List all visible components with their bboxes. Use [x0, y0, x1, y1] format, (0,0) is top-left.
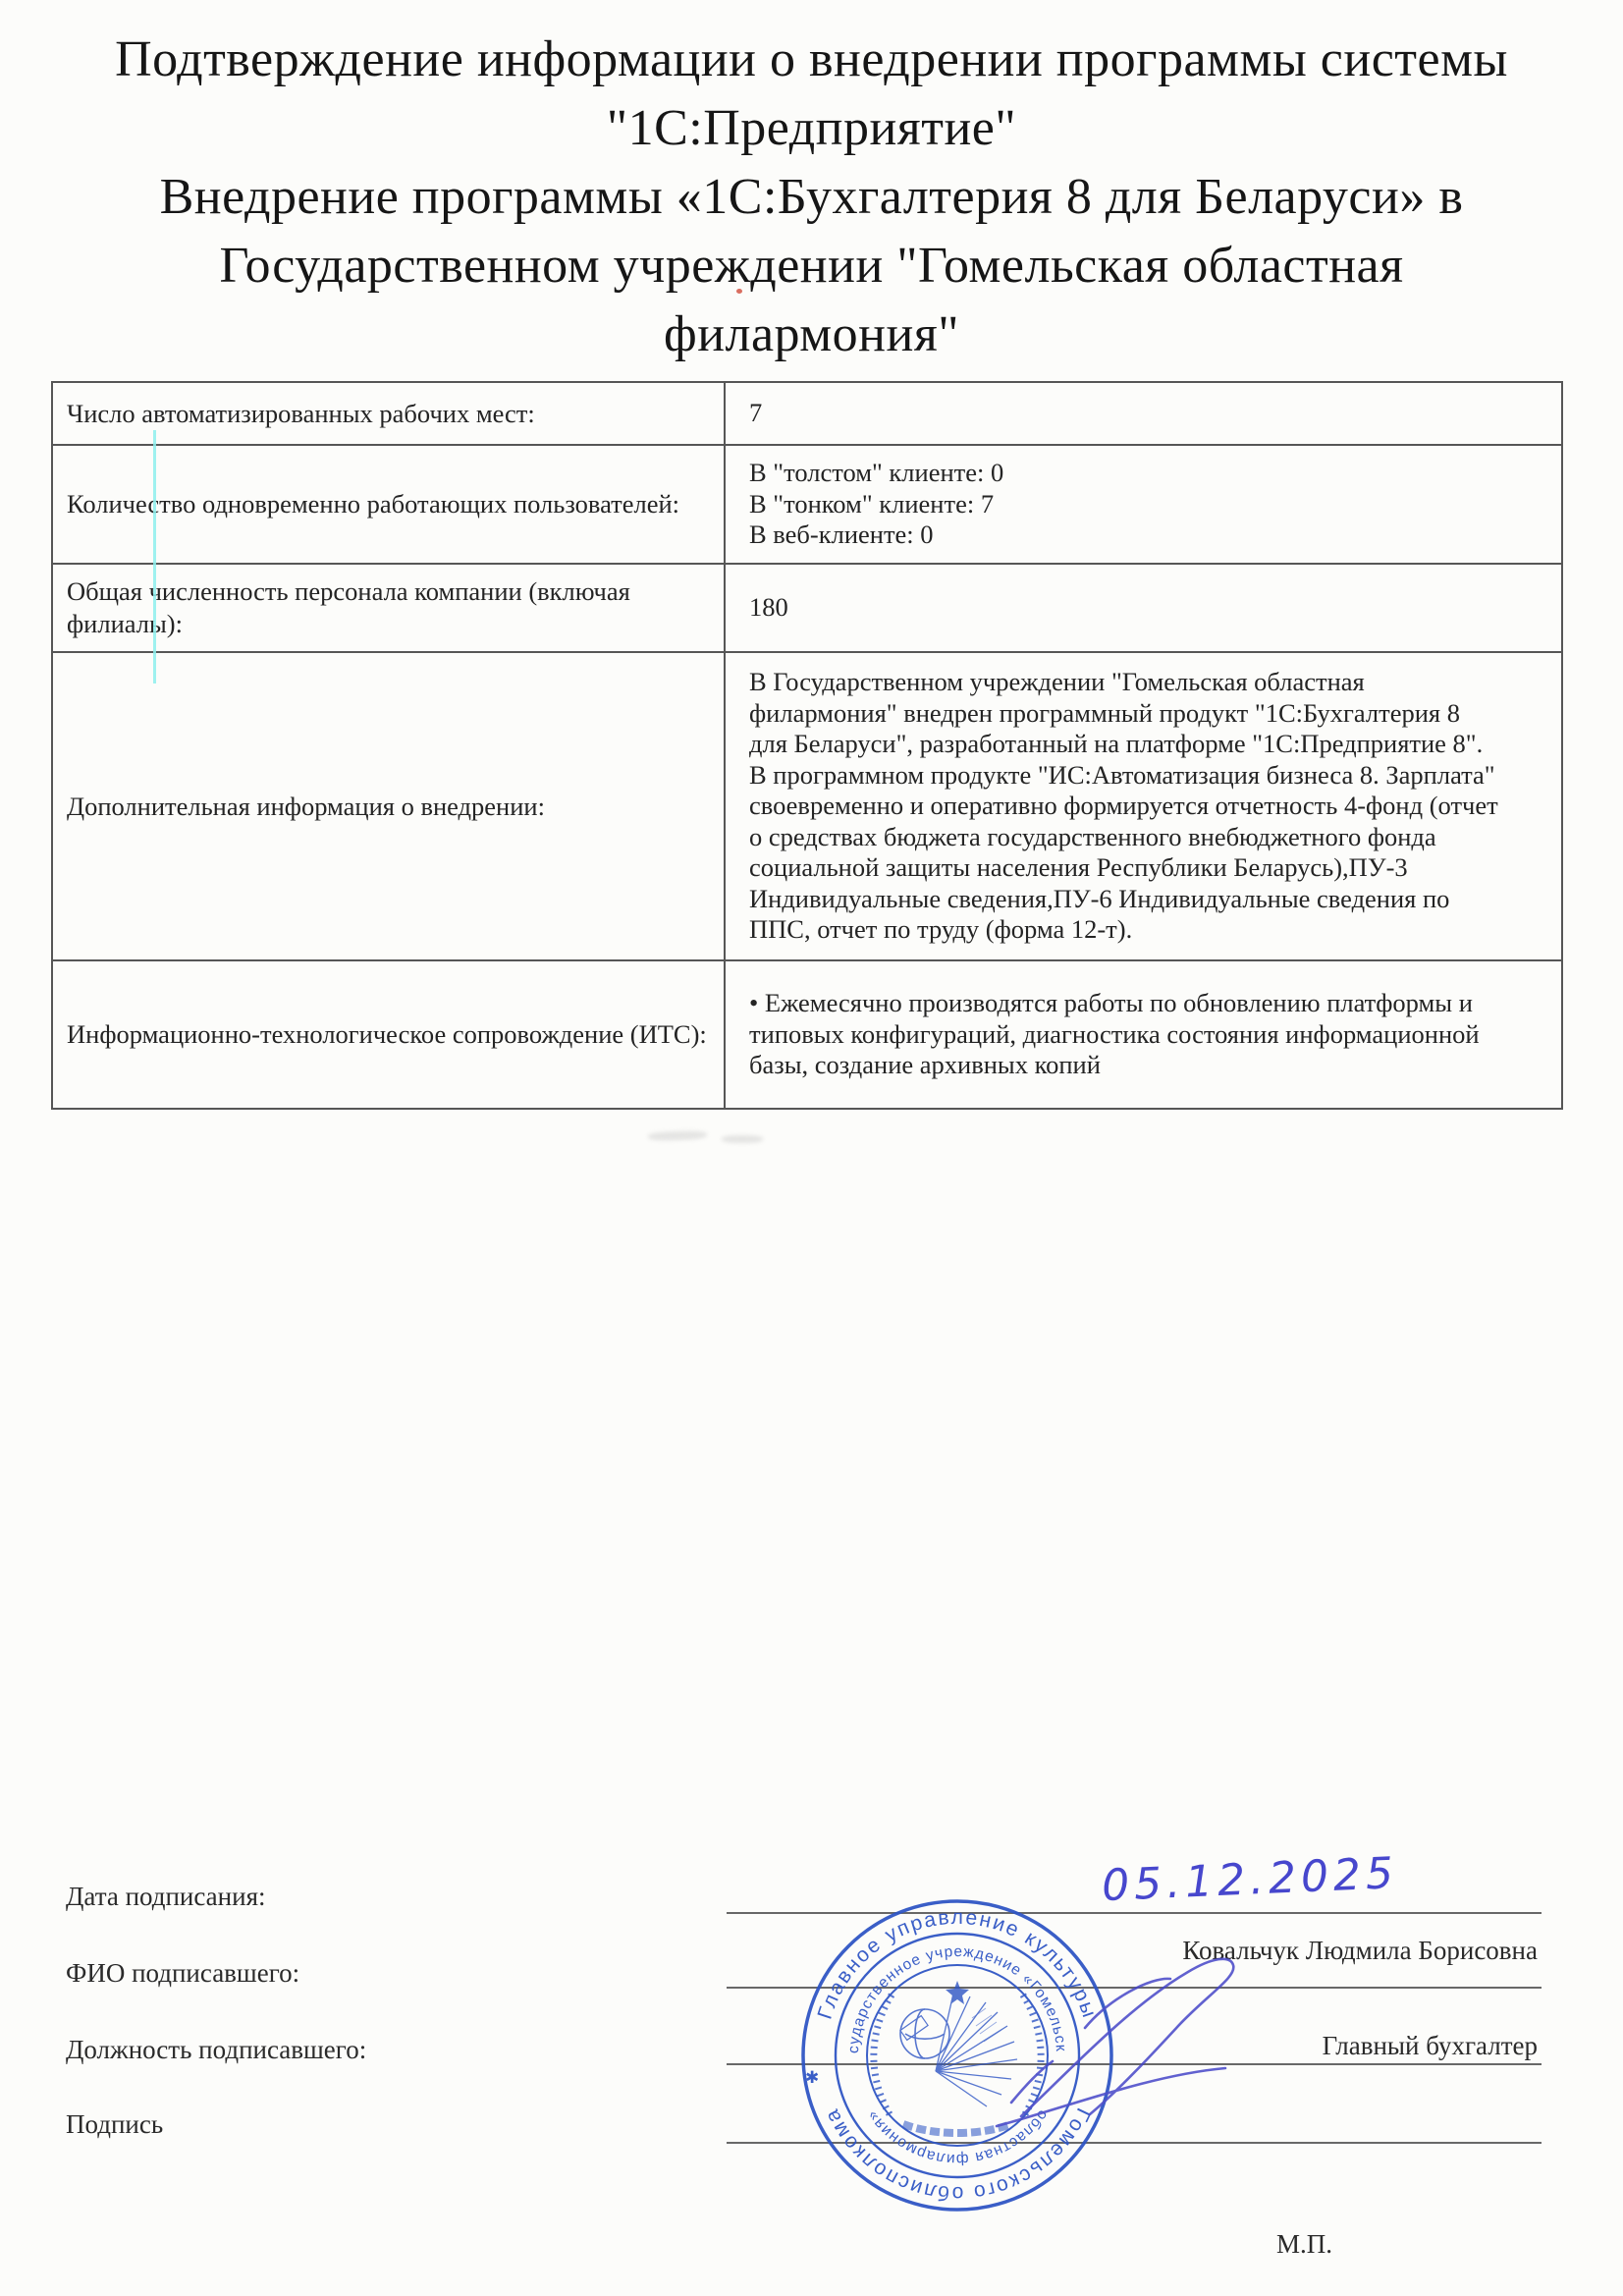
title-line-4: Государственном учреждении "Гомельская о…	[0, 232, 1623, 301]
row-label-additional-info: Дополнительная информация о внедрении:	[52, 652, 725, 960]
signature-label: Подпись	[66, 2109, 163, 2140]
stamp-middle-circle	[836, 1934, 1079, 2177]
scan-artifact-smudge	[648, 1130, 707, 1141]
table-row: Дополнительная информация о внедрении: В…	[52, 652, 1562, 960]
implementation-info-table: Число автоматизированных рабочих мест: 7…	[51, 381, 1563, 1110]
row-value-additional-info: В Государственном учреждении "Гомельская…	[725, 652, 1562, 960]
belarus-emblem	[874, 1981, 1041, 2133]
title-line-5: филармония"	[0, 301, 1623, 369]
signer-position-label: Должность подписавшего:	[66, 2035, 366, 2065]
stamp-place-label: М.П.	[1276, 2229, 1332, 2260]
row-label-its: Информационно-технологическое сопровожде…	[52, 960, 725, 1109]
table-row: Количество одновременно работающих польз…	[52, 445, 1562, 564]
title-line-2: "1С:Предприятие"	[0, 94, 1623, 163]
stamp-outer-top-text: Главное управление культуры	[814, 1906, 1102, 2022]
table-row: Общая численность персонала компании (вк…	[52, 564, 1562, 652]
row-value-concurrent-users: В "толстом" клиенте: 0 В "тонком" клиент…	[725, 445, 1562, 564]
date-signed-label: Дата подписания:	[66, 1882, 266, 1912]
title-line-1: Подтверждение информации о внедрении про…	[0, 26, 1623, 94]
row-value-workplaces: 7	[725, 382, 1562, 445]
scan-artifact-smudge	[722, 1135, 763, 1143]
table-row: Информационно-технологическое сопровожде…	[52, 960, 1562, 1109]
signer-name-label: ФИО подписавшего:	[66, 1958, 299, 1989]
stamp-separator-star: ✱	[805, 2068, 819, 2087]
scan-artifact-red-speck	[736, 289, 742, 294]
scan-artifact-cyan-line	[153, 430, 156, 683]
row-value-its: • Ежемесячно производятся работы по обно…	[725, 960, 1562, 1109]
row-value-staff-total: 180	[725, 564, 1562, 652]
table-row: Число автоматизированных рабочих мест: 7	[52, 382, 1562, 445]
title-line-3: Внедрение программы «1С:Бухгалтерия 8 дл…	[0, 163, 1623, 232]
document-title: Подтверждение информации о внедрении про…	[0, 26, 1623, 369]
official-round-stamp: Главное управление культуры Гомельского …	[776, 1879, 1267, 2252]
scanned-document-page: Подтверждение информации о внедрении про…	[0, 0, 1623, 2296]
